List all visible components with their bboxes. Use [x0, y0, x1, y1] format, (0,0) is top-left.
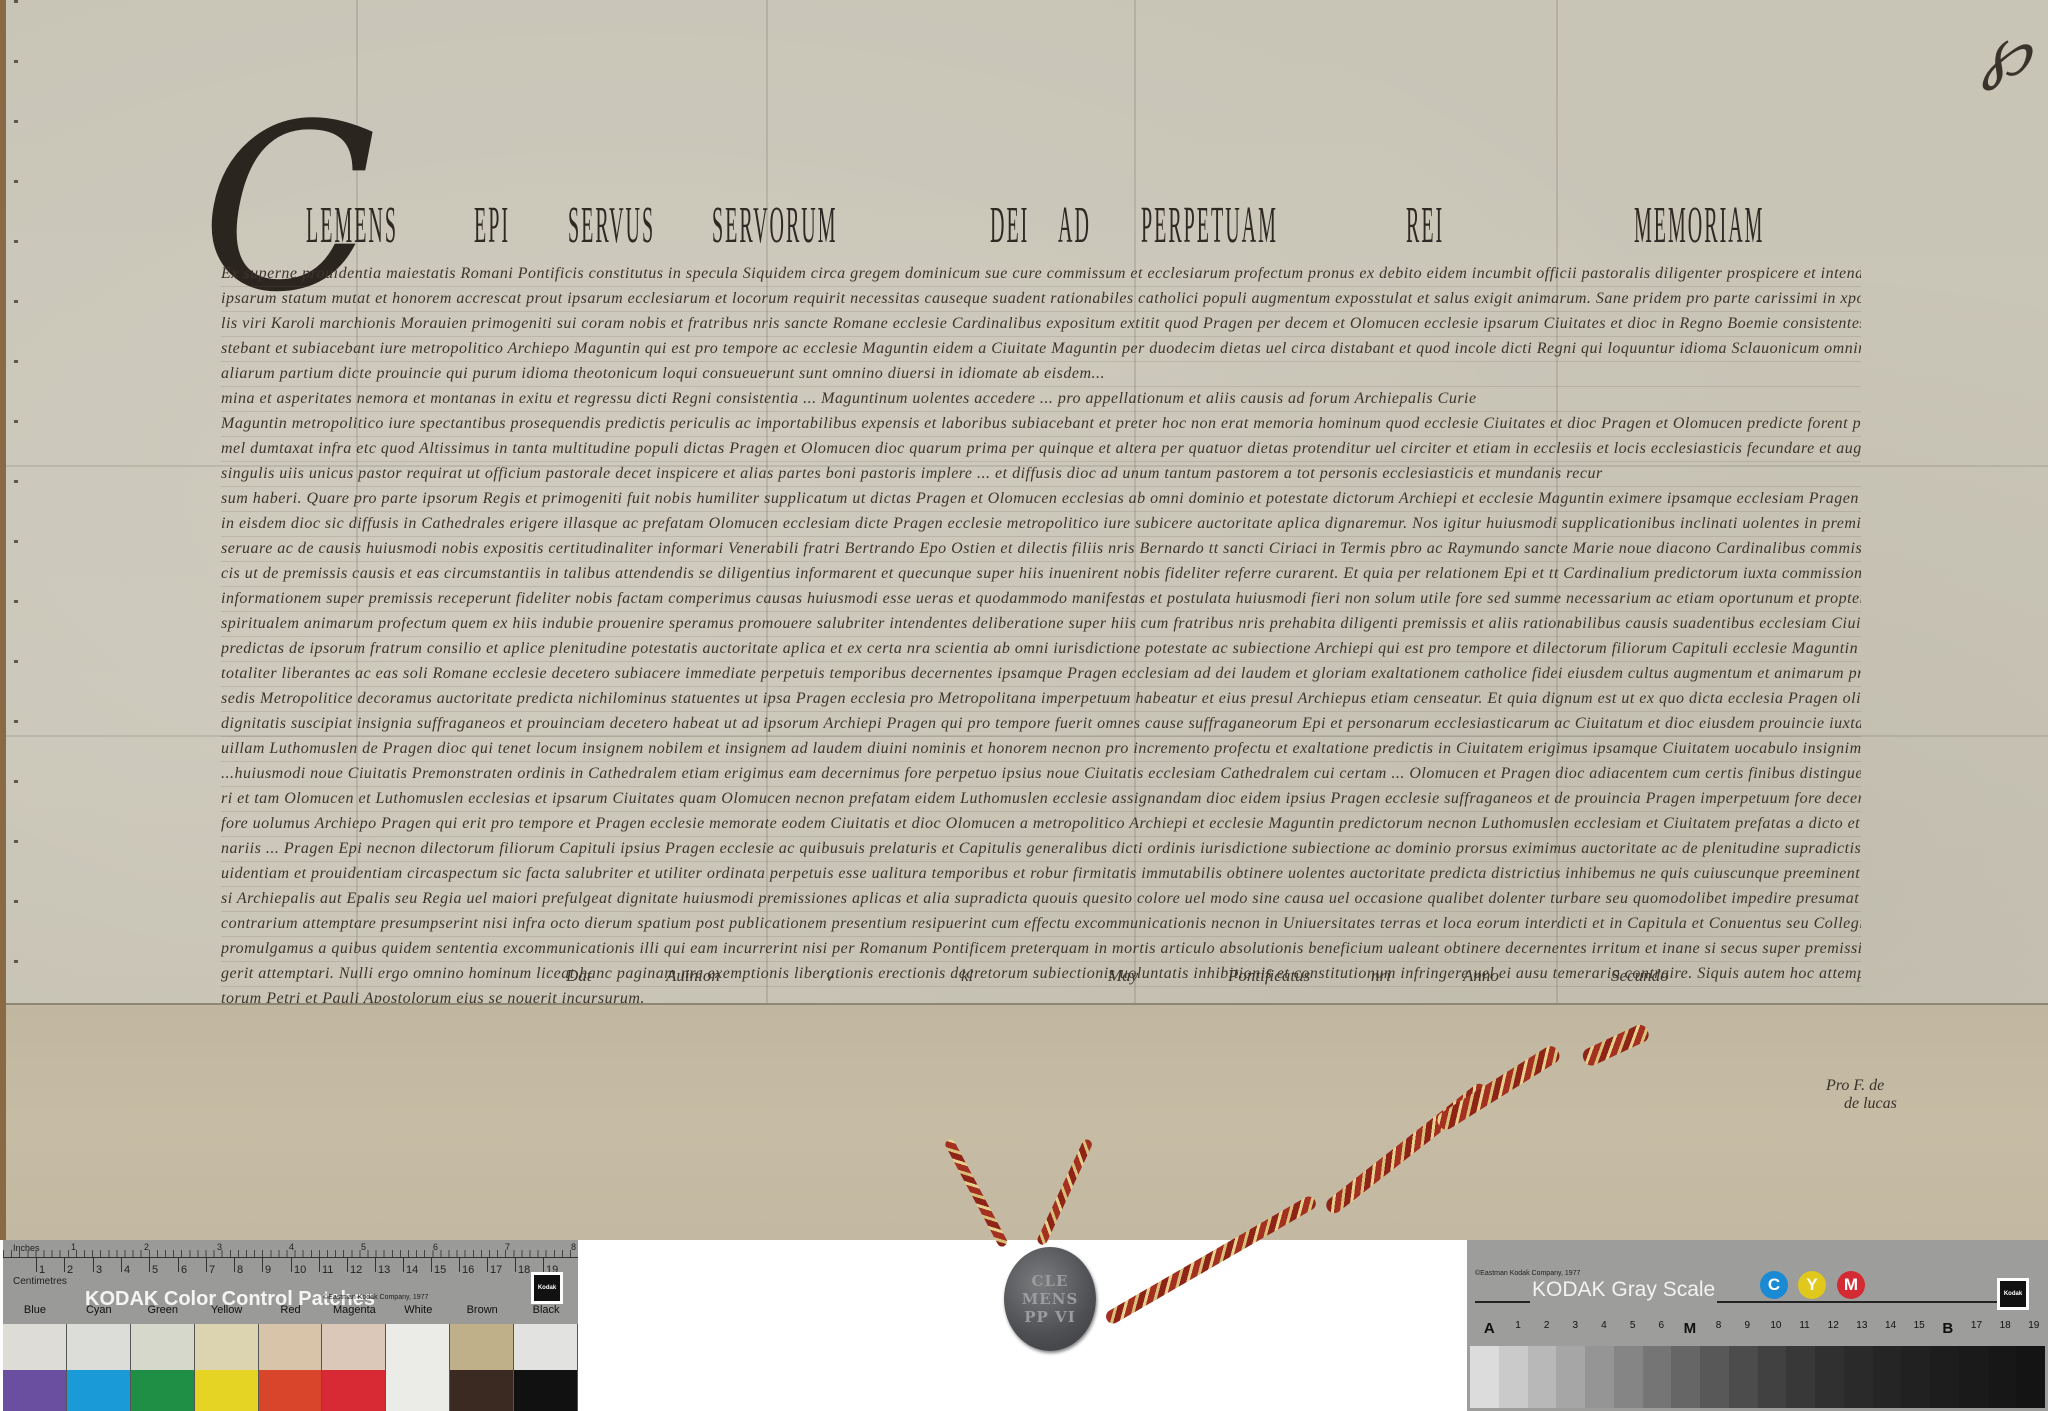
- scribe-note: Pro F. de de lucas: [1826, 1077, 1897, 1113]
- text-line: lis viri Karoli marchionis Morauien prim…: [221, 312, 1861, 337]
- text-line: in eisdem dioc sic diffusis in Cathedral…: [221, 512, 1861, 537]
- dating-word: Auinion: [666, 966, 720, 986]
- text-line: uidentiam et prouidentiam circaspectum s…: [221, 862, 1861, 887]
- text-line: totaliter liberantes ac eas soli Romane …: [221, 662, 1861, 687]
- text-line: uillam Luthomuslen de Pragen dioc qui te…: [221, 737, 1861, 762]
- text-line: seruare ac de causis huiusmodi nobis exp…: [221, 537, 1861, 562]
- text-line: ri et tam Olomucen et Luthomuslen eccles…: [221, 787, 1861, 812]
- text-line: Ex superne prouidentia maiestatis Romani…: [221, 262, 1861, 287]
- dating-word: Secundo: [1611, 966, 1669, 986]
- intitulatio-word: servorum: [712, 198, 838, 258]
- text-line: predictas de ipsorum fratrum consilio et…: [221, 637, 1861, 662]
- text-line: singulis uiis unicus pastor requirat ut …: [221, 462, 1861, 487]
- intitulatio-word: ad: [1058, 198, 1091, 258]
- text-line: si Archiepalis aut Epalis seu Regia uel …: [221, 887, 1861, 912]
- text-line: aliarum partium dicte prouincie qui puru…: [221, 362, 1861, 387]
- chart-title: KODAK Gray Scale: [1532, 1278, 1715, 1302]
- kodak-logo-icon: Kodak: [531, 1272, 563, 1304]
- intitulatio-word: perpetuam: [1141, 198, 1278, 258]
- text-line: informationem super premissis receperunt…: [221, 587, 1861, 612]
- text-line: Maguntin metropolitico iure spectantibus…: [221, 412, 1861, 437]
- dating-word: Dat: [566, 966, 592, 986]
- dating-word: kl: [961, 966, 973, 986]
- text-line: ...huiusmodi noue Ciuitatis Premonstrate…: [221, 762, 1861, 787]
- magenta-dot-icon: M: [1837, 1271, 1865, 1299]
- gray-steps: [1470, 1346, 2045, 1408]
- intitulatio-word: rei: [1406, 198, 1444, 258]
- dating-word: Pontificatus: [1228, 966, 1310, 986]
- text-line: fore uolumus Archiepo Pragen qui erit pr…: [221, 812, 1861, 837]
- chart-copyright: ©Eastman Kodak Company, 1977: [1475, 1270, 1580, 1277]
- intitulatio-word: dei: [990, 198, 1029, 258]
- text-line: cis ut de premissis causis et eas circum…: [221, 562, 1861, 587]
- text-line: dignitatis suscipiat insignia suffragane…: [221, 712, 1861, 737]
- dating-word: v: [826, 966, 834, 986]
- cyan-dot-icon: C: [1760, 1271, 1788, 1299]
- text-line: mina et asperitates nemora et montanas i…: [221, 387, 1861, 412]
- yellow-dot-icon: Y: [1798, 1271, 1826, 1299]
- pinholes: [14, 0, 18, 1000]
- kodak-gray-scale: ©Eastman Kodak Company, 1977 KODAK Gray …: [1467, 1240, 2048, 1411]
- plica-fold: Pro F. de de lucas: [6, 1003, 2048, 1240]
- intitulatio-word: memoriam: [1634, 198, 1764, 258]
- step-labels: A12 345 6M8 91011 121314 15B17 1819: [1467, 1320, 2048, 1340]
- text-line: contrarium attemptare presumpserint nisi…: [221, 912, 1861, 937]
- kodak-color-chart: Inches 1 2 3 4 5 6 7 8 Centimetres 1 2 3…: [3, 1240, 578, 1411]
- patch-labels: Blue Cyan Green Yellow Red Magenta White…: [3, 1304, 578, 1322]
- text-line: promulgamus a quibus quidem sententia ex…: [221, 937, 1861, 962]
- text-line: spiritualem animarum profectum quem ex h…: [221, 612, 1861, 637]
- bull-text-block: Ex superne prouidentia maiestatis Romani…: [221, 262, 1861, 1012]
- top-right-annotation: ℘: [1981, 10, 2030, 92]
- intitulatio-word: lemens: [306, 198, 398, 258]
- text-line: mel dumtaxat infra etc quod Altissimus i…: [221, 437, 1861, 462]
- patch-row-top: [3, 1324, 578, 1370]
- parchment-document: ℘ C lemens epi servus servorum dei ad pe…: [0, 0, 2048, 1240]
- text-line: stebant et subiacebant iure metropolitic…: [221, 337, 1861, 362]
- kodak-logo-icon: Kodak: [1997, 1278, 2029, 1310]
- text-line: sedis Metropolitice decoramus auctoritat…: [221, 687, 1861, 712]
- text-line: sum haberi. Quare pro parte ipsorum Regi…: [221, 487, 1861, 512]
- text-line: ipsarum statum mutat et honorem accresca…: [221, 287, 1861, 312]
- intitulatio-word: servus: [568, 198, 655, 258]
- patch-row-bottom: [3, 1370, 578, 1411]
- dating-word: nri: [1371, 966, 1391, 986]
- dating-word: Anno: [1463, 966, 1499, 986]
- lead-seal-bulla: CLE MENS PP VI: [1004, 1247, 1096, 1351]
- dating-word: May: [1108, 966, 1138, 986]
- text-line: nariis ... Pragen Epi necnon dilectorum …: [221, 837, 1861, 862]
- intitulatio-word: epi: [474, 198, 510, 258]
- chart-copyright: ©Eastman Kodak Company, 1977: [323, 1294, 428, 1301]
